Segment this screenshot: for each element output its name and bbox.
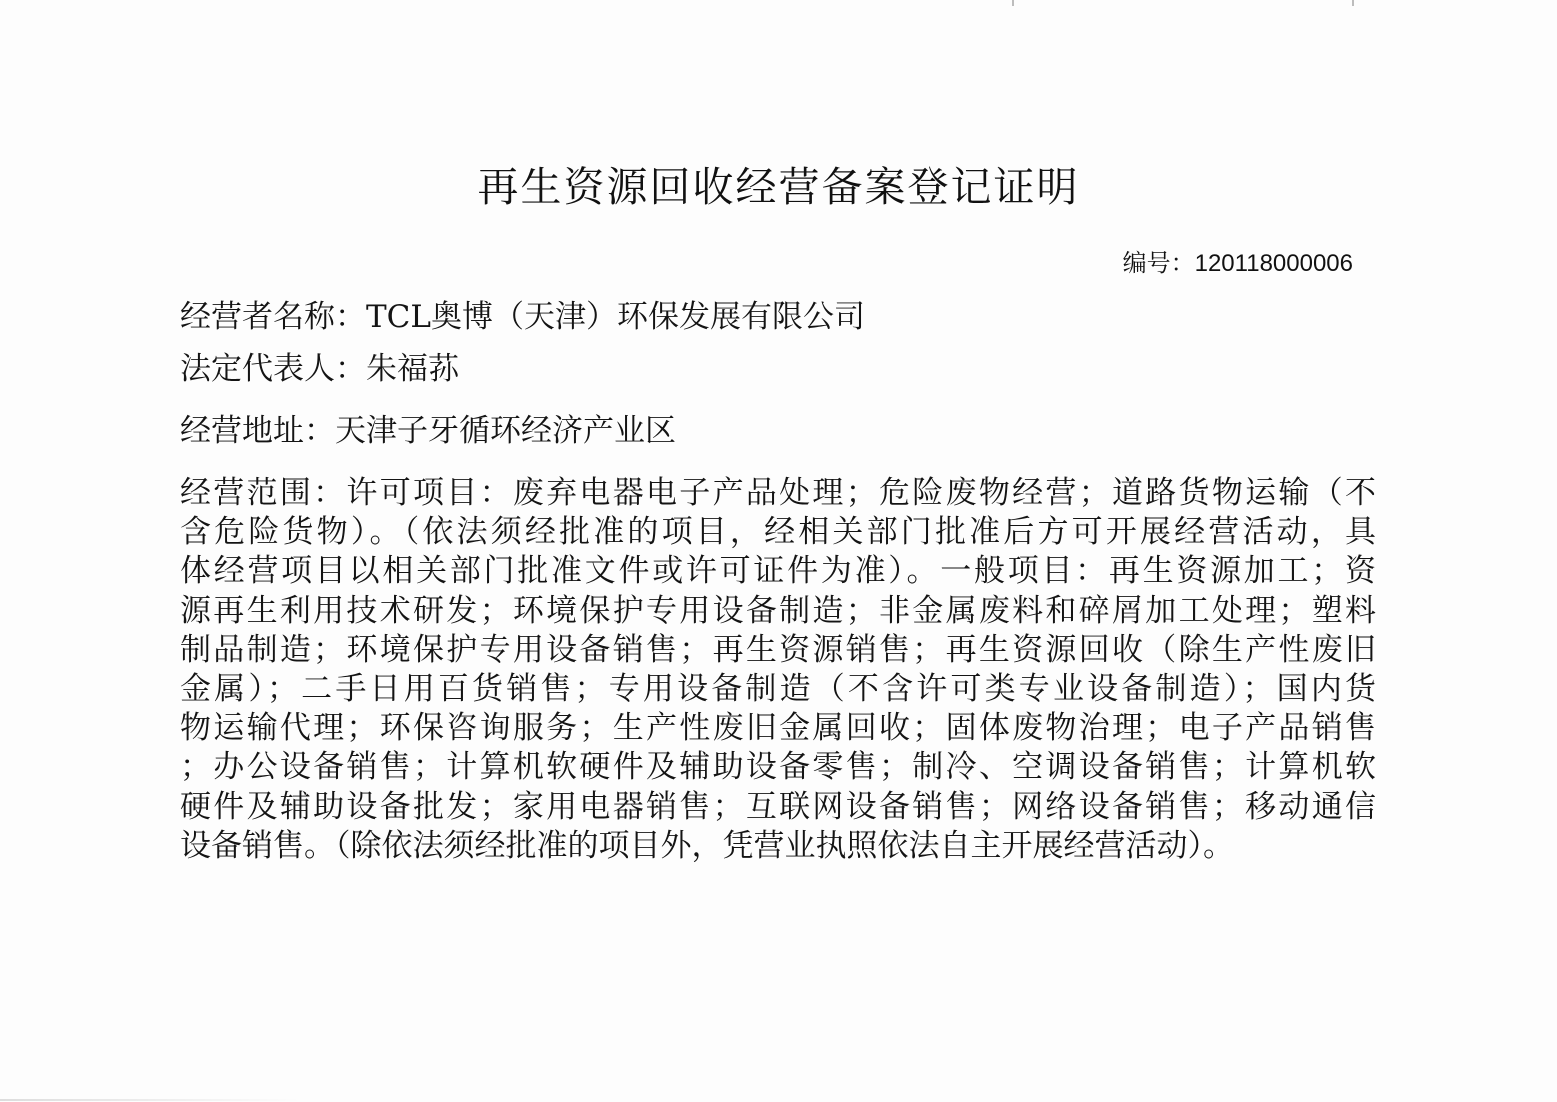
business-scope-line: 硬件及辅助设备批发；家用电器销售；互联网设备销售；网络设备销售；移动通信 xyxy=(180,788,1376,827)
scan-edge-artifact xyxy=(0,1099,300,1101)
legal-representative-field: 法定代表人：朱福荪 xyxy=(180,349,459,389)
business-scope-line: ；办公设备销售；计算机软硬件及辅助设备零售；制冷、空调设备销售；计算机软 xyxy=(180,748,1376,787)
scan-artifact xyxy=(1352,0,1354,6)
registration-number: 编号：120118000006 xyxy=(1123,246,1353,281)
business-address-value: 天津子牙循环经济产业区 xyxy=(335,413,676,449)
scan-artifact xyxy=(1012,0,1014,6)
registration-number-value: 120118000006 xyxy=(1195,250,1353,277)
operator-name-field: 经营者名称：TCL奥博（天津）环保发展有限公司 xyxy=(180,297,865,337)
document-page: 再生资源回收经营备案登记证明 编号：120118000006 经营者名称：TCL… xyxy=(0,0,1557,1102)
document-title: 再生资源回收经营备案登记证明 xyxy=(0,159,1557,215)
legal-representative-value: 朱福荪 xyxy=(366,351,459,387)
registration-number-label: 编号： xyxy=(1123,249,1195,277)
business-scope-line: 体经营项目以相关部门批准文件或许可证件为准）。一般项目：再生资源加工；资 xyxy=(180,552,1376,591)
operator-name-label: 经营者名称： xyxy=(180,299,366,335)
business-scope-line: 物运输代理；环保咨询服务；生产性废旧金属回收；固体废物治理；电子产品销售 xyxy=(180,709,1376,748)
business-scope-line: 制品制造；环境保护专用设备销售；再生资源销售；再生资源回收（除生产性废旧 xyxy=(180,631,1376,670)
business-address-label: 经营地址： xyxy=(180,413,335,449)
business-scope-line: 源再生利用技术研发；环境保护专用设备制造；非金属废料和碎屑加工处理；塑料 xyxy=(180,592,1376,631)
business-scope-line: 设备销售。（除依法须经批准的项目外，凭营业执照依法自主开展经营活动）。 xyxy=(180,827,1376,866)
legal-representative-label: 法定代表人： xyxy=(180,351,366,387)
business-scope-line: 含危险货物）。（依法须经批准的项目，经相关部门批准后方可开展经营活动，具 xyxy=(180,513,1376,552)
business-address-field: 经营地址：天津子牙循环经济产业区 xyxy=(180,411,676,451)
business-scope-paragraph: 经营范围：许可项目：废弃电器电子产品处理；危险废物经营；道路货物运输（不 含危险… xyxy=(180,474,1380,866)
operator-name-value: TCL奥博（天津）环保发展有限公司 xyxy=(366,299,865,335)
business-scope-line: 经营范围：许可项目：废弃电器电子产品处理；危险废物经营；道路货物运输（不 xyxy=(180,474,1376,513)
business-scope-line: 金属）；二手日用百货销售；专用设备制造（不含许可类专业设备制造）；国内货 xyxy=(180,670,1376,709)
